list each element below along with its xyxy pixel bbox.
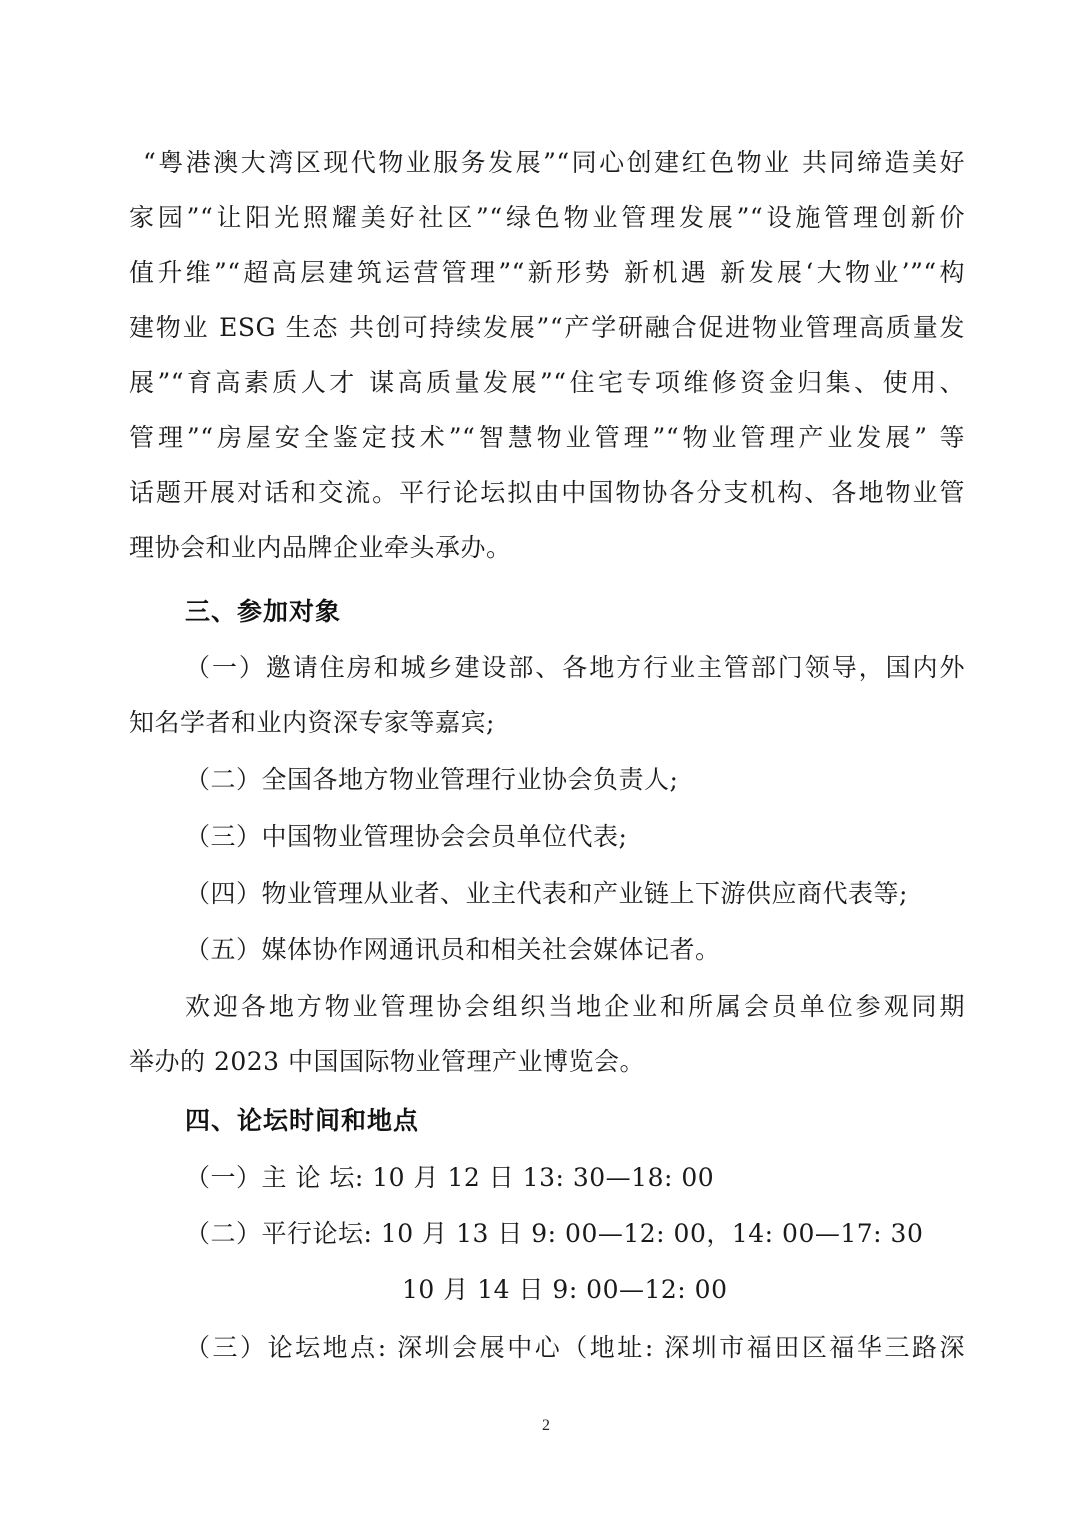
page-number: 2 [530, 1414, 562, 1438]
participant-item-5: （五）媒体协作网通讯员和相关社会媒体记者。 [185, 930, 965, 970]
paragraph-line: 理协会和业内品牌企业牵头承办。 [129, 528, 965, 568]
paragraph-line: 管理”“房屋安全鉴定技术”“智慧物业管理”“物业管理产业发展” 等 [129, 418, 965, 458]
paragraph-line: 建物业 ESG 生态 共创可持续发展”“产学研融合促进物业管理高质量发 [129, 308, 965, 348]
paragraph-line: 话题开展对话和交流。平行论坛拟由中国物协各分支机构、各地物业管 [129, 473, 965, 513]
paragraph-line: “粤港澳大湾区现代物业服务发展”“同心创建红色物业 共同缔造美好 [143, 143, 965, 183]
participant-item-4: （四）物业管理从业者、业主代表和产业链上下游供应商代表等; [185, 874, 965, 914]
paragraph-line: 值升维”“超高层建筑运营管理”“新形势 新机遇 新发展‘大物业’”“构 [129, 253, 965, 293]
participant-item-1: （一）邀请住房和城乡建设部、各地方行业主管部门领导，国内外 [185, 648, 965, 688]
participant-item-3: （三）中国物业管理协会会员单位代表; [185, 817, 965, 857]
welcome-paragraph-cont: 举办的 2023 中国国际物业管理产业博览会。 [129, 1042, 965, 1082]
participant-item-1-cont: 知名学者和业内资深专家等嘉宾; [129, 703, 965, 743]
parallel-forum-time: （二）平行论坛: 10 月 13 日 9: 00—12: 00，14: 00—1… [185, 1214, 885, 1254]
welcome-paragraph: 欢迎各地方物业管理协会组织当地企业和所属会员单位参观同期 [185, 987, 965, 1027]
paragraph-line: 家园”“让阳光照耀美好社区”“绿色物业管理发展”“设施管理创新价 [129, 198, 965, 238]
section-heading-time-venue: 四、论坛时间和地点 [185, 1101, 419, 1141]
paragraph-line: 展”“育高素质人才 谋高质量发展”“住宅专项维修资金归集、使用、 [129, 363, 965, 403]
section-heading-participants: 三、参加对象 [185, 592, 341, 632]
document-page: “粤港澳大湾区现代物业服务发展”“同心创建红色物业 共同缔造美好 家园”“让阳光… [0, 0, 1080, 1527]
parallel-forum-time-cont: 10 月 14 日 9: 00—12: 00 [402, 1270, 702, 1310]
participant-item-2: （二）全国各地方物业管理行业协会负责人; [185, 760, 965, 800]
forum-venue: （三）论坛地点: 深圳会展中心（地址: 深圳市福田区福华三路深 [185, 1328, 965, 1368]
main-forum-time: （一）主 论 坛: 10 月 12 日 13: 30—18: 00 [185, 1158, 885, 1198]
